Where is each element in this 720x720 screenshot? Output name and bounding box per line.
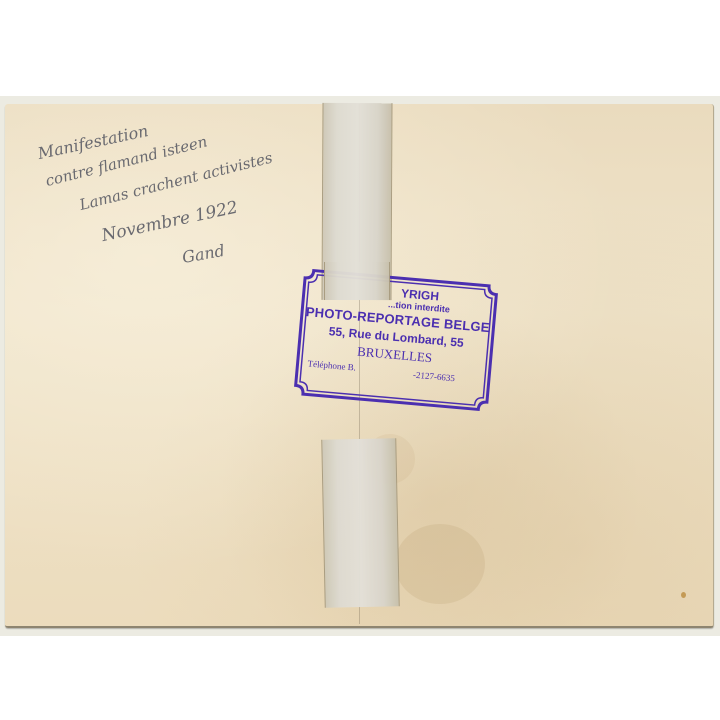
annotation-date: Novembre 1922 — [100, 198, 240, 246]
foxing-spot — [681, 592, 686, 598]
pencil-annotation: Manifestation contre flamand isteen Lama… — [34, 138, 334, 278]
tape-strip-top-overlay — [324, 262, 390, 300]
tape-strip-bottom — [321, 438, 400, 608]
annotation-place: Gand — [181, 241, 227, 267]
water-stain — [395, 524, 485, 604]
